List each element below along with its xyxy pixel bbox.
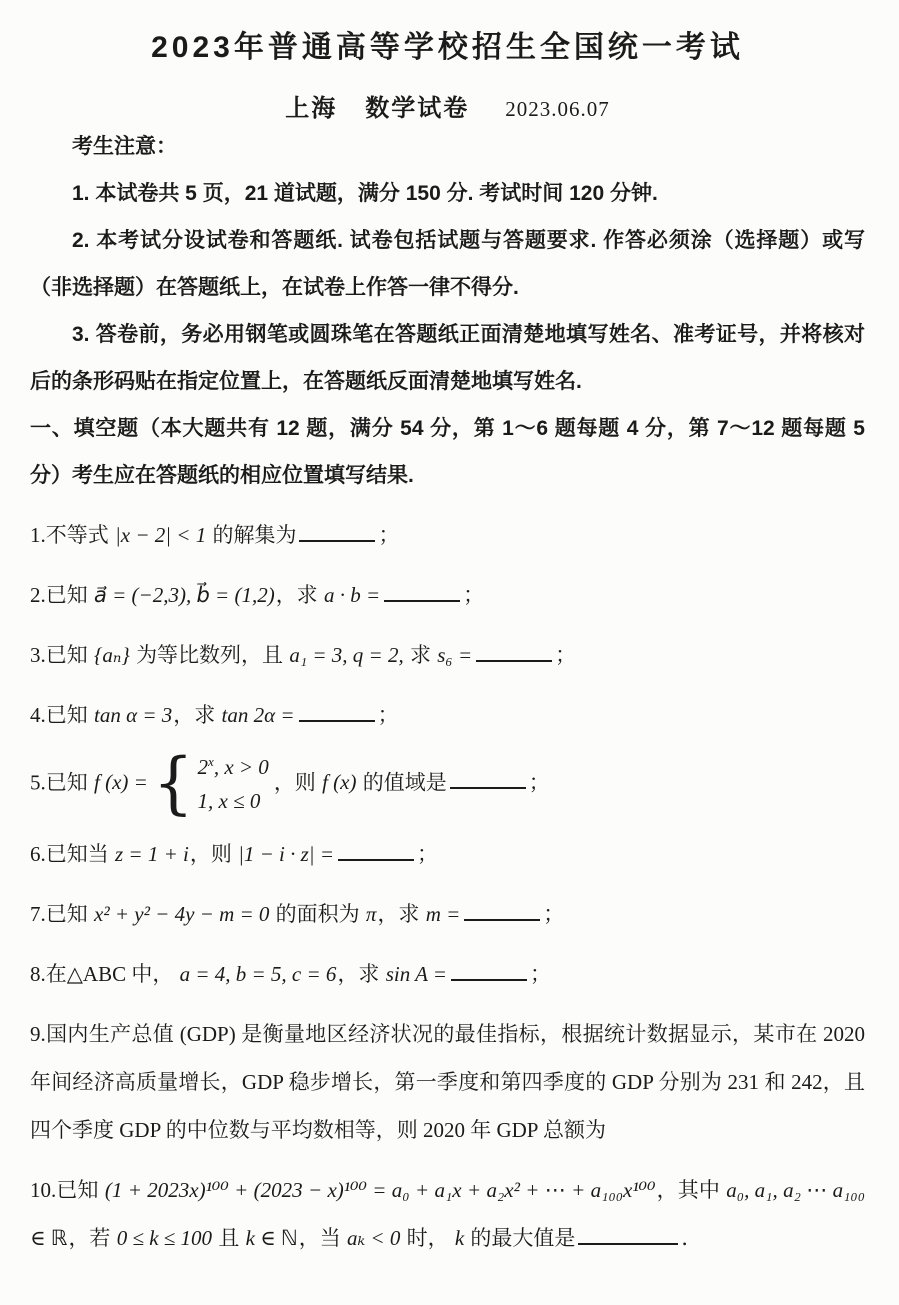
math-expression: x² + y² − 4y − m = 0 [93, 902, 270, 926]
question-text: ； [543, 902, 564, 926]
question-text: ，则 [190, 842, 237, 866]
exam-date: 2023.06.07 [505, 97, 610, 121]
question-text: 8.在△ABC 中， [30, 962, 179, 986]
question-text: ． [681, 1226, 702, 1250]
question-text: 10.已知 [30, 1178, 104, 1202]
math-expression: 0 ≤ k ≤ 100 [116, 1226, 213, 1250]
math-expression: s₆ = [436, 643, 473, 667]
answer-blank [338, 857, 414, 861]
answer-blank [464, 917, 540, 921]
question-text: 时， [401, 1226, 454, 1250]
question-text: 4.已知 [30, 703, 93, 727]
question-5: 5.已知 f (x) ={2x, x > 01, x ≤ 0，则 f (x) 的… [30, 751, 865, 818]
question-text: 5.已知 [30, 770, 93, 794]
question-text: 3.已知 [30, 643, 93, 667]
math-expression: (1 + 2023x)¹⁰⁰ + (2023 − x)¹⁰⁰ = a₀ + a₁… [104, 1178, 657, 1202]
math-expression: k ∈ ℕ [245, 1226, 299, 1250]
notice-item-3: 3. 答卷前，务必用钢笔或圆珠笔在答题纸正面清楚地填写姓名、准考证号，并将核对后… [30, 311, 865, 405]
question-text: 为等比数列，且 [131, 643, 289, 667]
question-text: ，则 [274, 770, 321, 794]
question-text: ，求 [276, 583, 323, 607]
question-text: 的值域是 [357, 770, 446, 794]
notice-item-1: 1. 本试卷共 5 页，21 道试题，满分 150 分. 考试时间 120 分钟… [30, 170, 865, 217]
math-expression: a₁ = 3, q = 2, [288, 643, 404, 667]
question-7: 7.已知 x² + y² − 4y − m = 0 的面积为 π，求 m =； [30, 890, 865, 938]
case-lines: 2x, x > 01, x ≤ 0 [197, 751, 270, 818]
question-1: 1.不等式 |x − 2| < 1 的解集为； [30, 511, 865, 559]
answer-blank [299, 718, 375, 722]
question-text: 的解集为 [207, 523, 296, 547]
exam-subtitle: 上海数学试卷2023.06.07 [30, 88, 865, 123]
notice-heading: 考生注意： [30, 123, 865, 170]
question-text: ，当 [299, 1226, 346, 1250]
question-text: 求 [405, 643, 437, 667]
question-text: ； [529, 770, 550, 794]
fill-in-blank-questions: 1.不等式 |x − 2| < 1 的解集为； 2.已知 a⃗ = (−2,3)… [30, 511, 865, 1262]
question-text: 的面积为 [270, 902, 365, 926]
question-text: ； [378, 523, 399, 547]
exam-paper-name: 数学试卷 [365, 95, 469, 122]
math-expression: |1 − i · z| = [237, 842, 335, 866]
left-brace-glyph: { [153, 754, 194, 814]
question-3: 3.已知 {aₙ} 为等比数列，且 a₁ = 3, q = 2, 求 s₆ =； [30, 631, 865, 679]
math-expression: m = [425, 902, 462, 926]
question-text: ，若 [68, 1226, 115, 1250]
question-text: 7.已知 [30, 902, 93, 926]
exam-paper-page: 2023年普通高等学校招生全国统一考试 上海数学试卷2023.06.07 考生注… [0, 0, 899, 1262]
question-text: ，求 [377, 902, 424, 926]
answer-blank [384, 598, 460, 602]
math-expression: π [365, 902, 378, 926]
math-expression: sin A = [385, 962, 448, 986]
question-text: ； [378, 703, 399, 727]
case-base: 2 [198, 755, 209, 779]
question-text: ，求 [337, 962, 384, 986]
answer-blank [451, 977, 527, 981]
math-expression: a⃗ = (−2,3), b⃗ = (1,2) [93, 583, 276, 607]
math-expression: a · b = [323, 583, 381, 607]
question-9: 9.国内生产总值 (GDP) 是衡量地区经济状况的最佳指标，根据统计数据显示，某… [30, 1010, 865, 1154]
question-10: 10.已知 (1 + 2023x)¹⁰⁰ + (2023 − x)¹⁰⁰ = a… [30, 1166, 865, 1262]
math-expression: a = 4, b = 5, c = 6 [179, 962, 338, 986]
math-expression: k [454, 1226, 465, 1250]
case-line-2: 1, x ≤ 0 [197, 785, 270, 819]
question-4: 4.已知 tan α = 3，求 tan 2α =； [30, 691, 865, 739]
math-expression: f (x) [321, 770, 357, 794]
question-text: 的最大值是 [465, 1226, 575, 1250]
math-expression: z = 1 + i [114, 842, 190, 866]
answer-blank [578, 1241, 678, 1245]
candidate-notice-section: 考生注意： 1. 本试卷共 5 页，21 道试题，满分 150 分. 考试时间 … [30, 123, 865, 405]
question-text: 且 [213, 1226, 245, 1250]
question-6: 6.已知当 z = 1 + i，则 |1 − i · z| =； [30, 830, 865, 878]
answer-blank [299, 538, 375, 542]
case-condition: , x > 0 [214, 755, 269, 779]
exam-title: 2023年普通高等学校招生全国统一考试 [30, 22, 865, 66]
math-expression: tan α = 3 [93, 703, 173, 727]
question-text: ，其中 [657, 1178, 726, 1202]
question-text: ； [417, 842, 438, 866]
math-expression: aₖ < 0 [346, 1226, 401, 1250]
math-expression: tan 2α = [221, 703, 296, 727]
question-text: ； [530, 962, 551, 986]
question-text: ； [555, 643, 576, 667]
answer-blank [476, 658, 552, 662]
piecewise-cases: {2x, x > 01, x ≤ 0 [153, 751, 270, 818]
question-text: 2.已知 [30, 583, 93, 607]
question-text: ，求 [173, 703, 220, 727]
notice-item-2: 2. 本考试分设试卷和答题纸. 试卷包括试题与答题要求. 作答必须涂（选择题）或… [30, 217, 865, 311]
question-2: 2.已知 a⃗ = (−2,3), b⃗ = (1,2)，求 a · b =； [30, 571, 865, 619]
section-1-heading: 一、填空题（本大题共有 12 题，满分 54 分，第 1～6 题每题 4 分，第… [30, 405, 865, 499]
case-line-1: 2x, x > 0 [197, 751, 270, 785]
question-8: 8.在△ABC 中， a = 4, b = 5, c = 6，求 sin A =… [30, 950, 865, 998]
question-text: 9.国内生产总值 (GDP) 是衡量地区经济状况的最佳指标，根据统计数据显示，某… [30, 1022, 865, 1142]
math-expression: |x − 2| < 1 [114, 523, 207, 547]
question-text: ； [463, 583, 484, 607]
exam-region: 上海 [285, 95, 337, 122]
math-expression: f (x) = [93, 770, 149, 794]
question-text: 1.不等式 [30, 523, 114, 547]
question-text: 6.已知当 [30, 842, 114, 866]
answer-blank [450, 785, 526, 789]
math-expression: {aₙ} [93, 643, 131, 667]
